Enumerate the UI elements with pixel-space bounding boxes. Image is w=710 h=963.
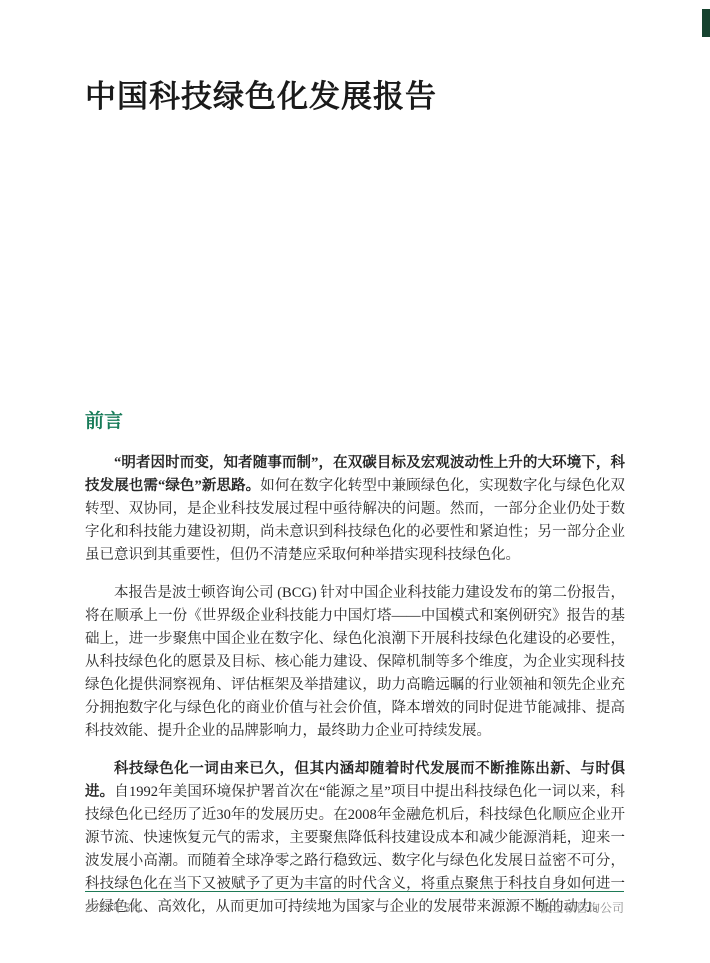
page-footer: 2023年5月 波士顿咨询公司 [85,891,624,916]
footer-date: 2023年5月 [85,899,142,916]
paragraph-2-text: 本报告是波士顿咨询公司 (BCG) 针对中国企业科技能力建设发布的第二份报告，将… [85,585,625,739]
report-page: 中国科技绿色化发展报告 前言 “明者因时而变，知者随事而制”，在双碳目标及宏观波… [0,0,710,963]
page-title: 中国科技绿色化发展报告 [85,78,625,115]
footer-company: 波士顿咨询公司 [540,899,624,916]
paragraph-2: 本报告是波士顿咨询公司 (BCG) 针对中国企业科技能力建设发布的第二份报告，将… [85,582,625,743]
page-content: 中国科技绿色化发展报告 前言 “明者因时而变，知者随事而制”，在双碳目标及宏观波… [85,0,625,934]
paragraph-1: “明者因时而变，知者随事而制”，在双碳目标及宏观波动性上升的大环境下，科技发展也… [85,452,625,567]
preface-heading: 前言 [85,410,625,434]
preface-body: “明者因时而变，知者随事而制”，在双碳目标及宏观波动性上升的大环境下，科技发展也… [85,452,625,919]
page-edge-tab [702,9,710,37]
